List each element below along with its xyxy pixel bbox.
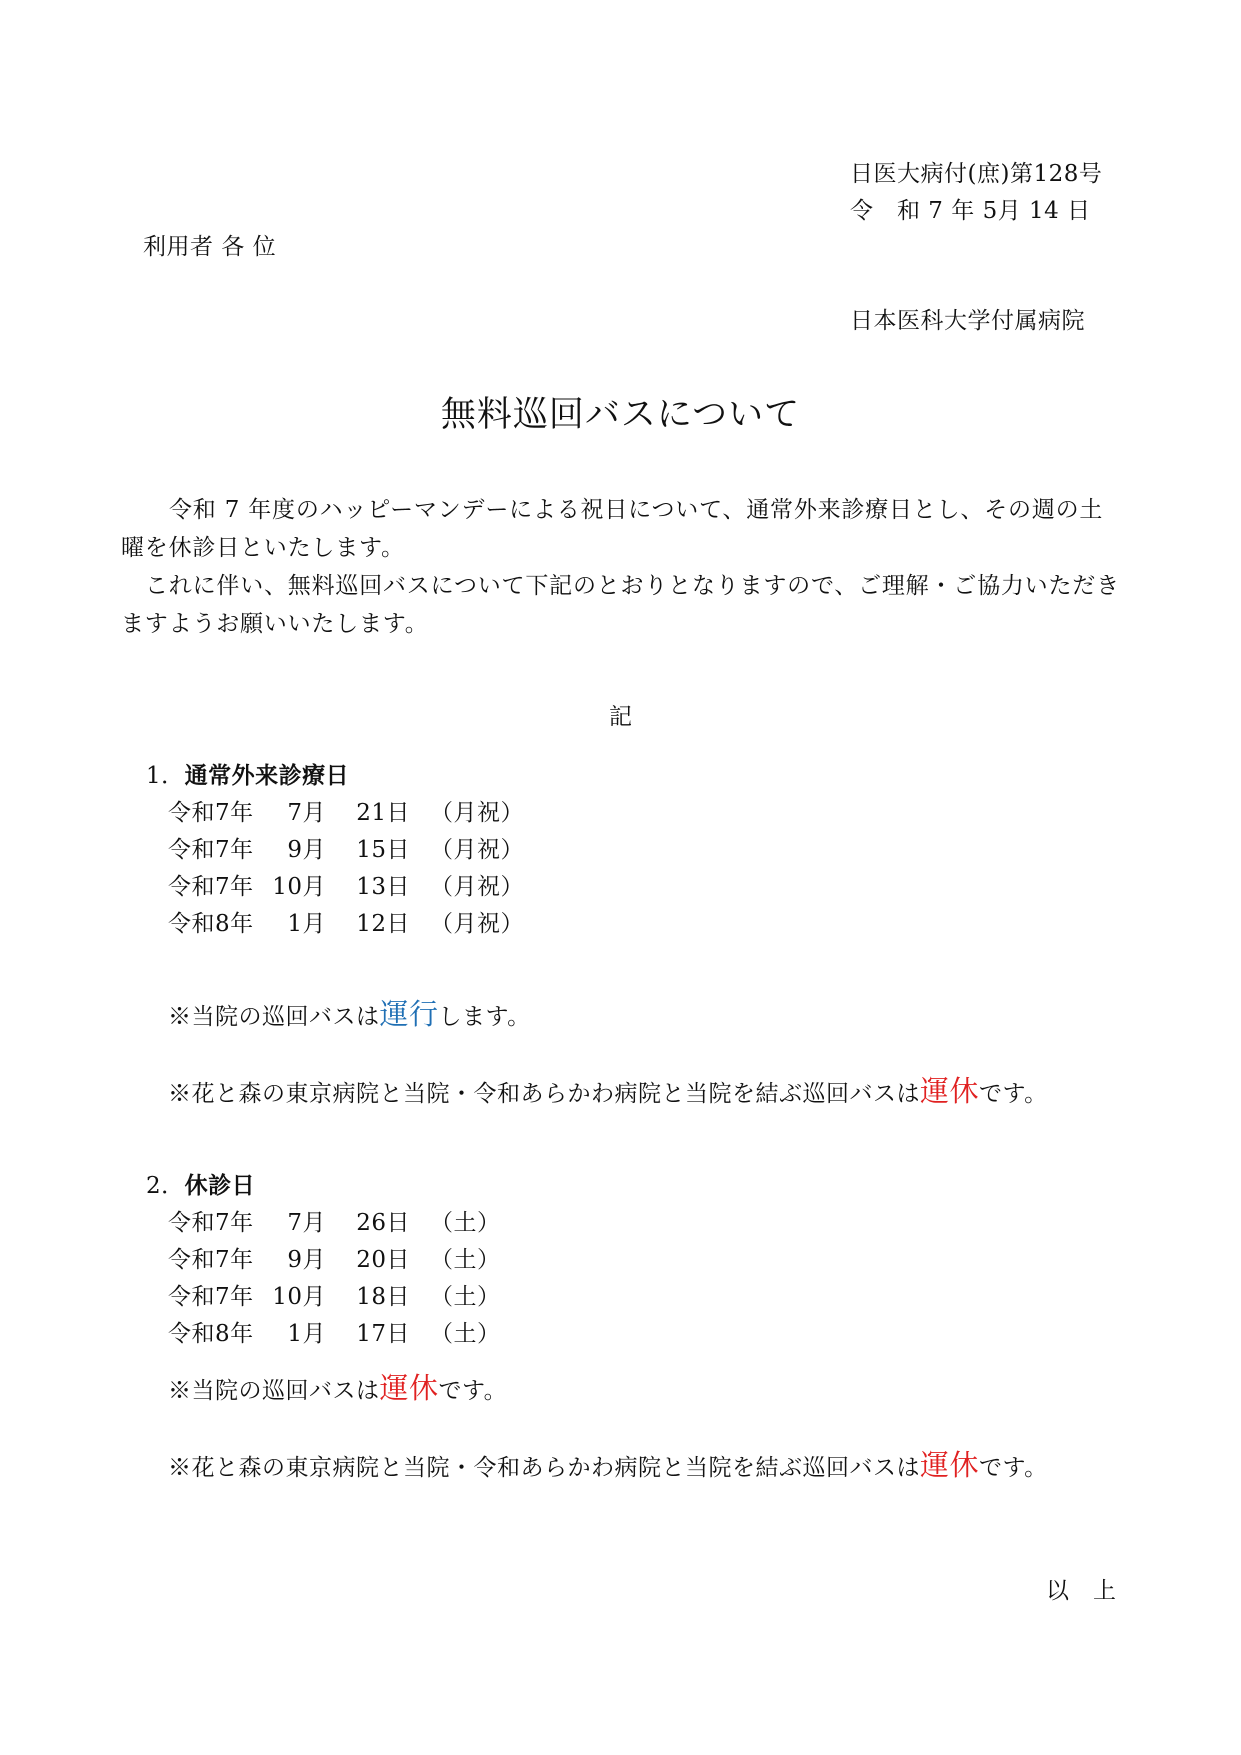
section2-number: 2． [146, 1173, 185, 1199]
section1-title: 通常外来診療日 [185, 763, 350, 789]
date-row: 令和7年7月21日（月祝） [168, 799, 524, 827]
date-row: 令和8年1月12日（月祝） [168, 910, 524, 938]
date-row: 令和7年10月18日（土） [168, 1283, 501, 1311]
date-row: 令和7年10月13日（月祝） [168, 873, 524, 901]
status-suspended: 運休 [380, 1371, 439, 1405]
section2-title: 休診日 [185, 1173, 256, 1199]
date-row: 令和7年9月20日（土） [168, 1246, 501, 1274]
ki-marker: 記 [609, 703, 633, 731]
date-row: 令和7年9月15日（月祝） [168, 836, 524, 864]
recipient: 利用者 各 位 [143, 233, 276, 261]
document-number: 日医大病付(庶)第128号 [850, 160, 1102, 188]
section1-note-own-bus: ※当院の巡回バスは運行します。 [168, 1000, 531, 1031]
status-suspended: 運休 [920, 1448, 979, 1482]
issuer: 日本医科大学付属病院 [850, 307, 1085, 335]
date-row: 令和7年7月26日（土） [168, 1209, 501, 1237]
page-title: 無料巡回バスについて [0, 393, 1241, 437]
section2-heading: 2．休診日 [146, 1172, 255, 1200]
status-operating: 運行 [380, 997, 439, 1031]
date-row: 令和8年1月17日（土） [168, 1320, 501, 1348]
body-paragraph-1: 令和 7 年度のハッピーマンデーによる祝日について、通常外来診療日とし、その週の… [121, 491, 1126, 567]
body-paragraph-2: これに伴い、無料巡回バスについて下記のとおりとなりますので、ご理解・ご協力いただ… [121, 567, 1126, 643]
issue-date: 令 和 7 年 5月 14 日 [850, 197, 1091, 225]
status-suspended: 運休 [920, 1074, 979, 1108]
section2-note-partner-bus: ※花と森の東京病院と当院・令和あらかわ病院と当院を結ぶ巡回バスは運休です。 [168, 1451, 1048, 1482]
closing-mark: 以 上 [1046, 1577, 1117, 1605]
section2-note-own-bus: ※当院の巡回バスは運休です。 [168, 1374, 507, 1405]
section1-number: 1． [146, 763, 185, 789]
section1-heading: 1．通常外来診療日 [146, 762, 349, 790]
section1-note-partner-bus: ※花と森の東京病院と当院・令和あらかわ病院と当院を結ぶ巡回バスは運休です。 [168, 1077, 1048, 1108]
